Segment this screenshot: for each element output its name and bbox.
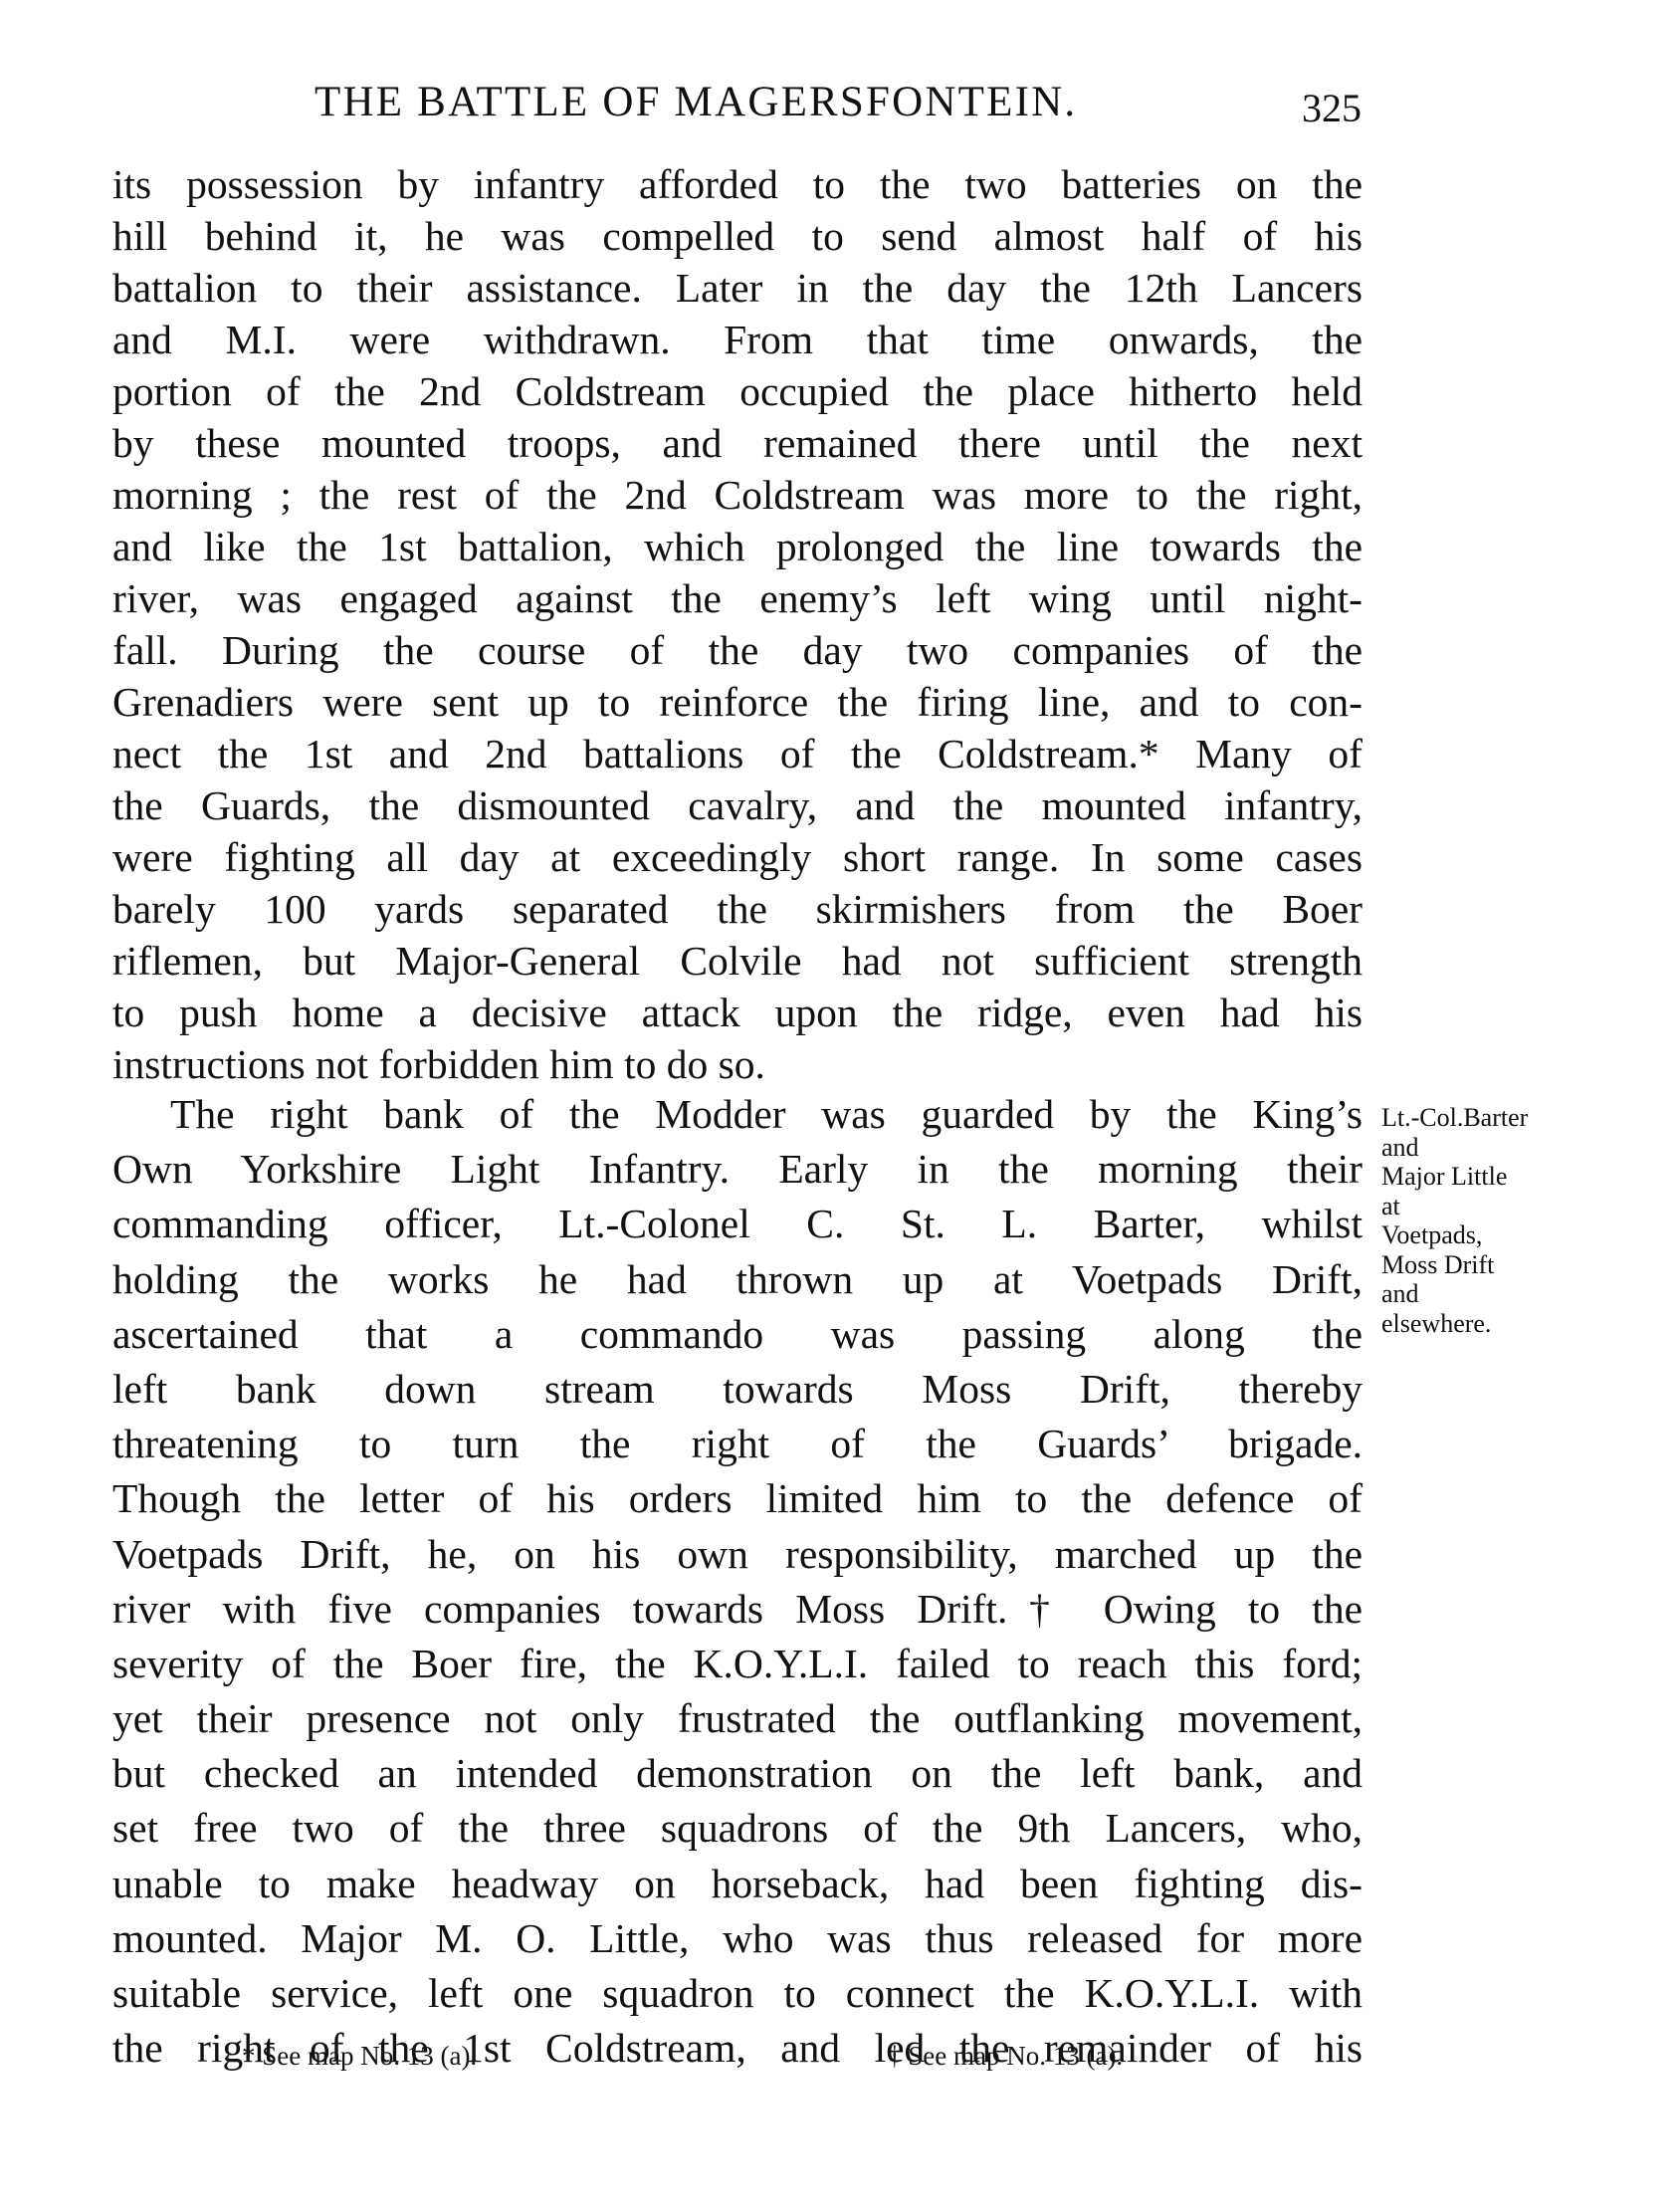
text-line: by these mounted troops, and remained th…	[112, 417, 1363, 469]
margin-note-line: Moss Drift	[1381, 1250, 1650, 1280]
margin-note-line: Lt.-Col.Barter	[1381, 1103, 1650, 1133]
text-line: riflemen, but Major-General Colvile had …	[112, 935, 1363, 987]
text-line: yet their presence not only frustrated t…	[112, 1691, 1363, 1746]
margin-note-line: elsewhere.	[1381, 1309, 1650, 1339]
paragraph-1: its possession by infantry afforded to t…	[112, 158, 1363, 1090]
text-line: the Guards, the dismounted cavalry, and …	[112, 779, 1363, 831]
text-line: Voetpads Drift, he, on his own responsib…	[112, 1527, 1363, 1582]
text-line: to push home a decisive attack upon the …	[112, 987, 1363, 1038]
text-line: severity of the Boer fire, the K.O.Y.L.I…	[112, 1637, 1363, 1691]
text-line: Own Yorkshire Light Infantry. Early in t…	[112, 1142, 1363, 1197]
text-line: river with five companies towards Moss D…	[112, 1582, 1363, 1637]
text-line: unable to make headway on horseback, had…	[112, 1857, 1363, 1911]
margin-note-line: and	[1381, 1279, 1650, 1309]
text-line: morning ; the rest of the 2nd Coldstream…	[112, 469, 1363, 521]
text-line: nect the 1st and 2nd battalions of the C…	[112, 728, 1363, 779]
text-line: river, was engaged against the enemy’s l…	[112, 572, 1363, 624]
text-line: and M.I. were withdrawn. From that time …	[112, 314, 1363, 365]
text-line: portion of the 2nd Coldstream occupied t…	[112, 365, 1363, 417]
footnote-dagger: † See map No. 13 (a).	[888, 2039, 1123, 2073]
page-number: 325	[1302, 84, 1362, 133]
text-line: set free two of the three squadrons of t…	[112, 1801, 1363, 1856]
margin-note: Lt.-Col.Barter and Major Little at Voetp…	[1381, 1103, 1650, 1338]
text-line: mounted. Major M. O. Little, who was thu…	[112, 1911, 1363, 1966]
text-line: Though the letter of his orders limited …	[112, 1471, 1363, 1526]
text-line: commanding officer, Lt.-Colonel C. St. L…	[112, 1197, 1363, 1251]
text-line: instructions not forbidden him to do so.	[112, 1038, 1363, 1090]
text-line: Grenadiers were sent up to reinforce the…	[112, 676, 1363, 728]
margin-note-line: and	[1381, 1133, 1650, 1163]
text-line: barely 100 yards separated the skirmishe…	[112, 883, 1363, 935]
text-line: fall. During the course of the day two c…	[112, 624, 1363, 676]
text-line: were fighting all day at exceedingly sho…	[112, 831, 1363, 883]
paragraph-2: The right bank of the Modder was guarded…	[112, 1087, 1363, 2076]
text-line: its possession by infantry afforded to t…	[112, 158, 1363, 210]
text-line: battalion to their assistance. Later in …	[112, 262, 1363, 314]
footnote-asterisk: * See map No. 13 (a).	[242, 2039, 477, 2073]
text-line: and like the 1st battalion, which prolon…	[112, 521, 1363, 572]
chapter-title: THE BATTLE OF MAGERSFONTEIN.	[315, 78, 1077, 127]
text-line: suitable service, left one squadron to c…	[112, 1966, 1363, 2021]
margin-note-line: at	[1381, 1192, 1650, 1221]
text-line: left bank down stream towards Moss Drift…	[112, 1362, 1363, 1417]
text-line: holding the works he had thrown up at Vo…	[112, 1252, 1363, 1307]
text-line: ascertained that a commando was passing …	[112, 1307, 1363, 1362]
running-head: THE BATTLE OF MAGERSFONTEIN. 325	[315, 78, 1369, 127]
text-line: but checked an intended demonstration on…	[112, 1746, 1363, 1801]
margin-note-line: Major Little	[1381, 1162, 1650, 1192]
text-line: threatening to turn the right of the Gua…	[112, 1417, 1363, 1471]
margin-note-line: Voetpads,	[1381, 1220, 1650, 1250]
text-line: hill behind it, he was compelled to send…	[112, 210, 1363, 262]
text-line: The right bank of the Modder was guarded…	[112, 1087, 1363, 1142]
